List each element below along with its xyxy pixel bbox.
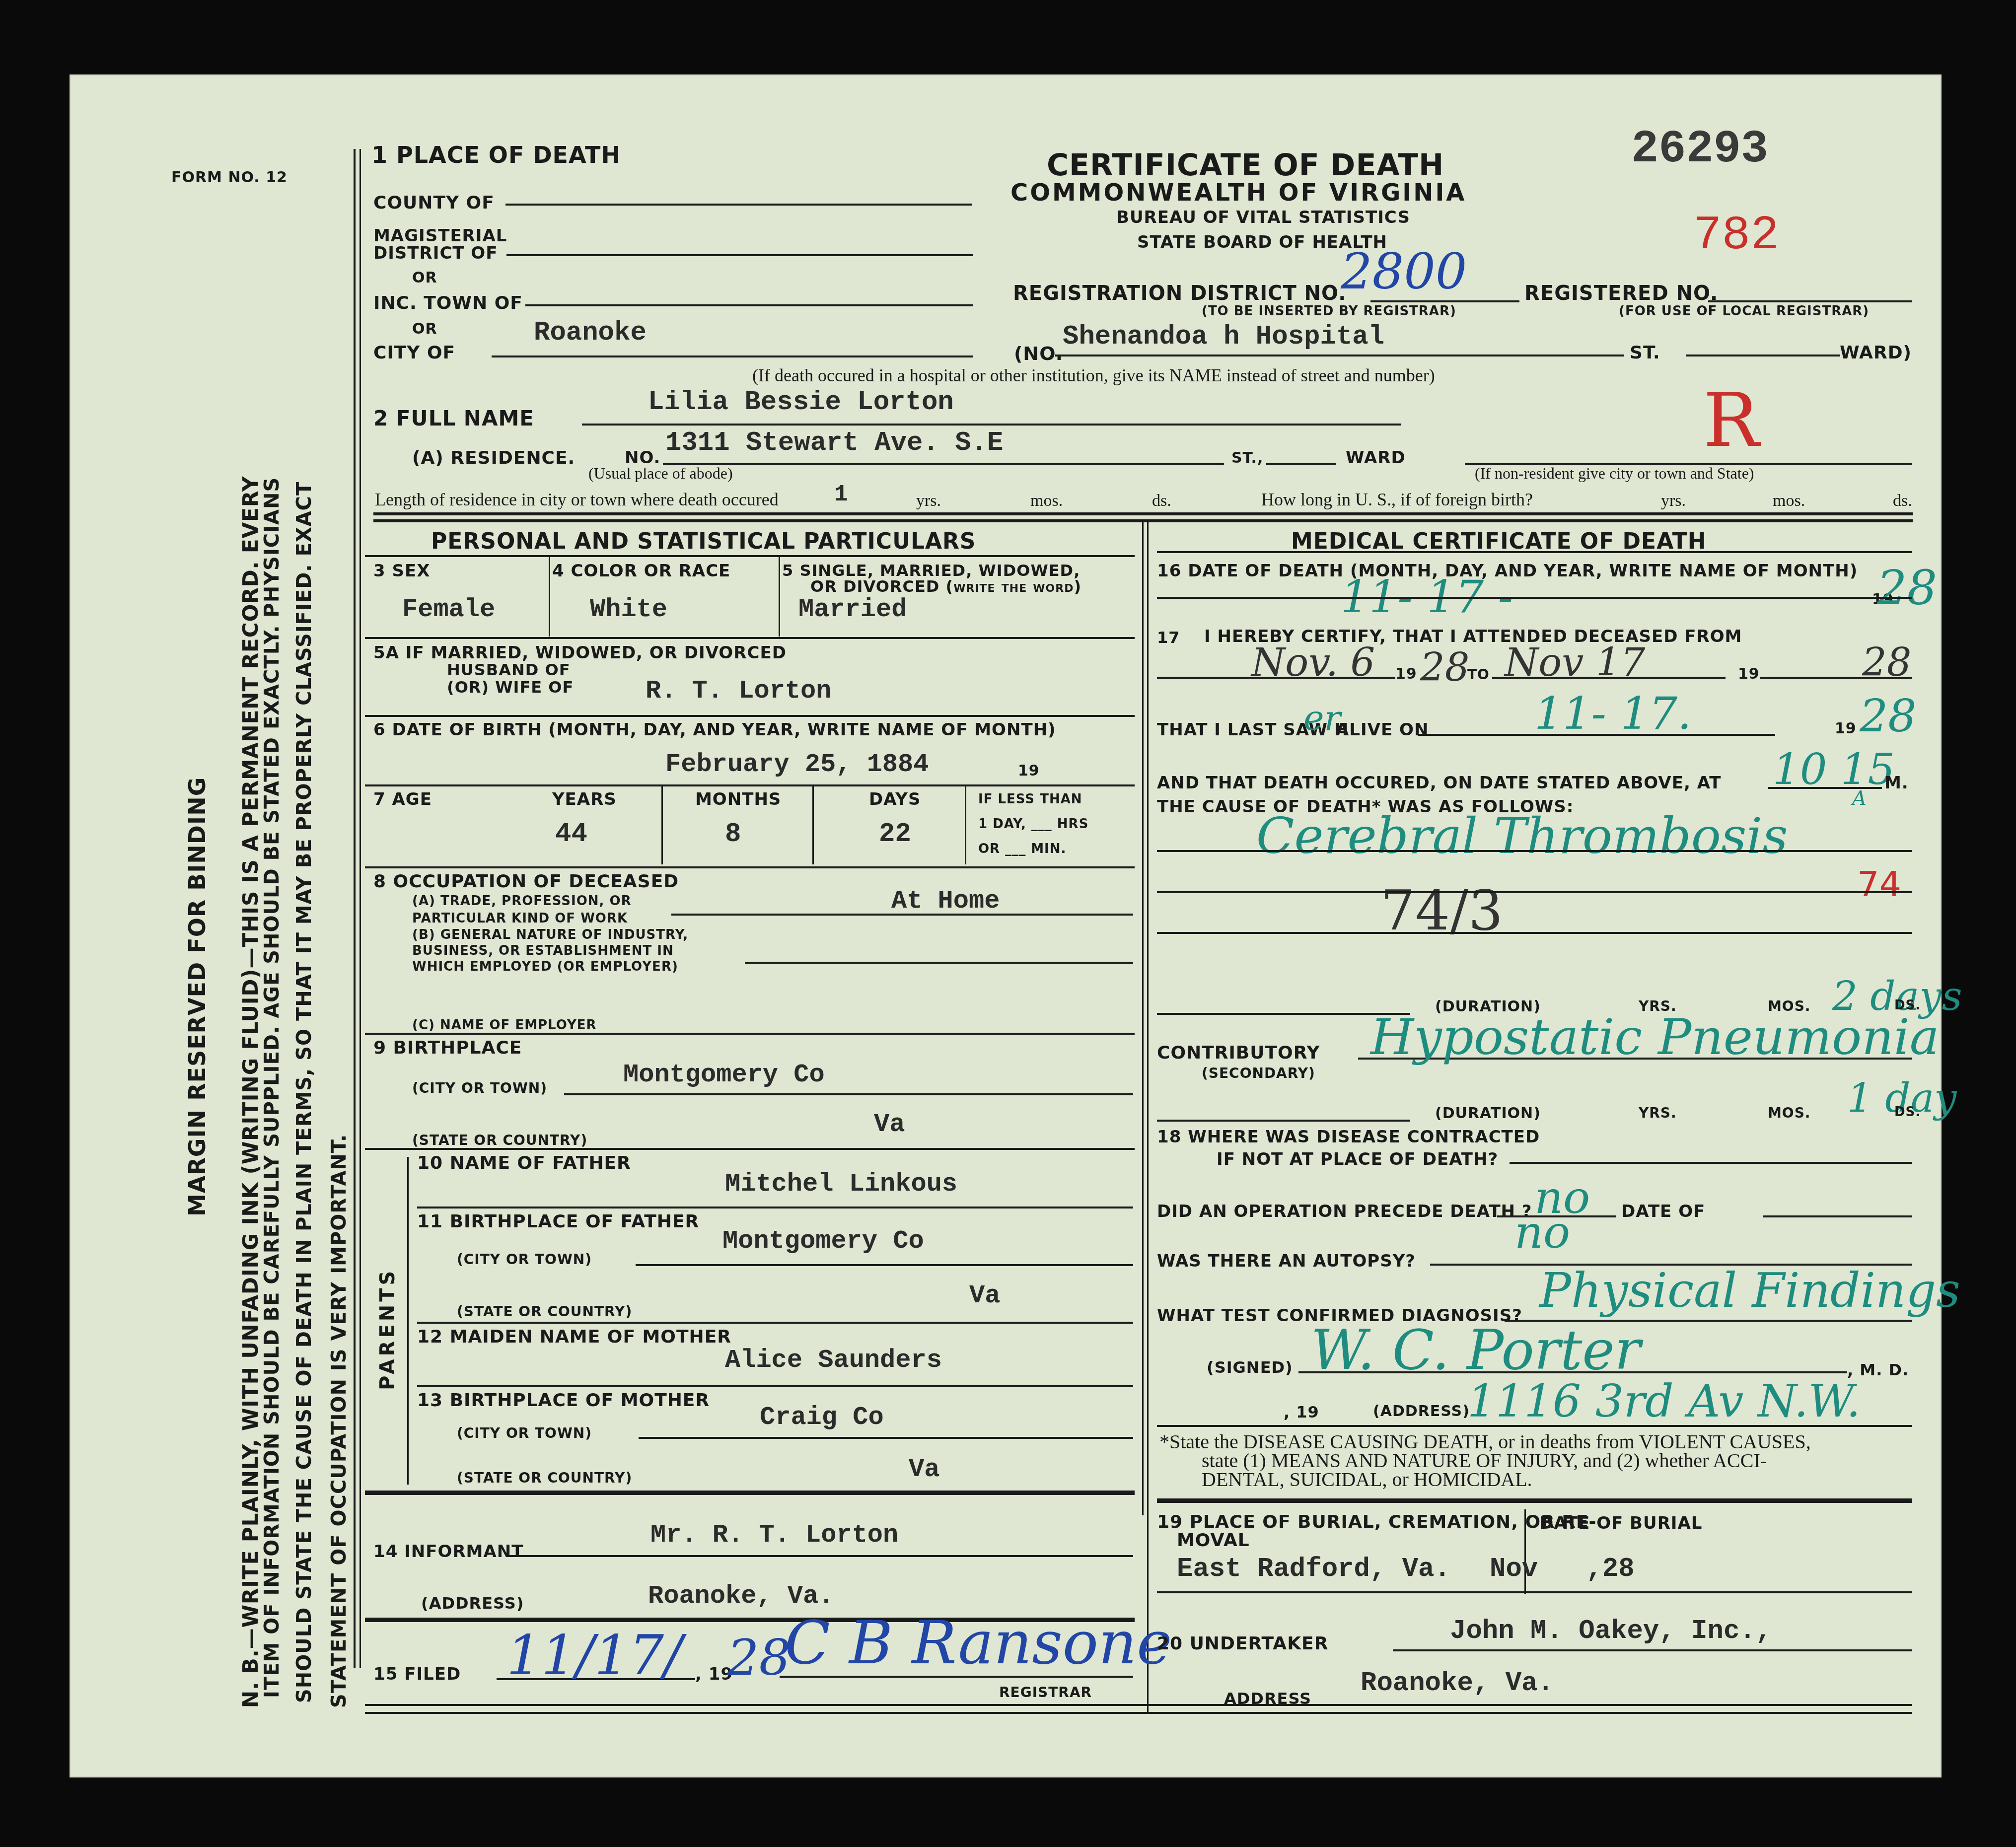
nonresident-note: (If non-resident give city or town and S… xyxy=(1475,464,1754,483)
employer-label: (C) NAME OF EMPLOYER xyxy=(412,1018,597,1033)
years-label: YEARS xyxy=(552,789,617,809)
months-label: MONTHS xyxy=(695,789,781,809)
filed-date-value[interactable]: 11/17/ xyxy=(506,1624,682,1687)
margin-instruction-line-4: STATEMENT OF OCCUPATION IS VERY IMPORTAN… xyxy=(328,1134,351,1708)
death-time-value[interactable]: 10 15 xyxy=(1773,745,1895,794)
physician-address-label: (ADDRESS) xyxy=(1373,1403,1470,1420)
certificate-title: CERTIFICATE OF DEATH xyxy=(1047,148,1444,183)
dob-suffix: 19 xyxy=(1018,762,1040,780)
attended-from-value[interactable]: Nov. 6 xyxy=(1251,640,1375,685)
full-name-value[interactable]: Lilia Bessie Lorton xyxy=(648,387,954,418)
column-divider xyxy=(1142,522,1144,1515)
contracted-label-2: IF NOT AT PLACE OF DEATH? xyxy=(1217,1149,1498,1169)
less-than-min: OR ___ MIN. xyxy=(978,842,1066,856)
filed-year-value[interactable]: 28 xyxy=(727,1629,791,1687)
occ-b-label: (B) GENERAL NATURE OF INDUSTRY, xyxy=(412,927,688,942)
margin-binding-note: MARGIN RESERVED FOR BINDING xyxy=(184,777,211,1216)
dob-label: 6 DATE OF BIRTH (MONTH, DAY, AND YEAR, W… xyxy=(373,720,1056,740)
m-label: M. xyxy=(1884,773,1909,793)
ward-label: WARD xyxy=(1346,448,1406,468)
year-prefix: 19 xyxy=(1835,720,1857,737)
spouse-value[interactable]: R. T. Lorton xyxy=(646,676,831,706)
ward-field[interactable] xyxy=(1686,355,1840,356)
dob-value[interactable]: February 25, 1884 xyxy=(665,750,929,779)
registrar-label: REGISTRAR xyxy=(999,1684,1092,1701)
magisterial-district-field[interactable] xyxy=(506,254,973,256)
red-mark: R xyxy=(1703,377,1759,464)
father-label: 10 NAME OF FATHER xyxy=(417,1153,631,1173)
occupation-value[interactable]: At Home xyxy=(891,886,1000,916)
institution-value[interactable]: Shenandoa h Hospital xyxy=(1063,322,1384,352)
race-label: 4 COLOR OR RACE xyxy=(552,561,730,581)
age-label: 7 AGE xyxy=(373,789,432,809)
filed-label: 15 FILED xyxy=(373,1664,461,1684)
father-value[interactable]: Mitchel Linkous xyxy=(725,1169,957,1199)
margin-instruction-line-1: N. B.—WRITE PLAINLY, WITH UNFADING INK (… xyxy=(238,476,263,1708)
cause-value[interactable]: Cerebral Thrombosis xyxy=(1256,807,1788,865)
city-or-town-label: (CITY OR TOWN) xyxy=(457,1425,592,1441)
institution-no-label: (NO. xyxy=(1014,343,1063,364)
physician-signature[interactable]: W. C. Porter xyxy=(1311,1318,1641,1382)
form-number: FORM NO. 12 xyxy=(171,169,288,186)
magisterial-label: MAGISTERIAL xyxy=(373,226,507,246)
death-time-ampm[interactable]: A xyxy=(1852,787,1867,810)
industry-field[interactable] xyxy=(745,962,1133,964)
last-saw-pronoun[interactable]: er xyxy=(1303,698,1341,738)
personal-heading: PERSONAL AND STATISTICAL PARTICULARS xyxy=(431,529,976,554)
margin-instruction-line-2: ITEM OF INFORMATION SHOULD BE CAREFULLY … xyxy=(261,477,284,1698)
to-label: TO xyxy=(1467,666,1490,683)
wife-of-label: (OR) WIFE OF xyxy=(447,678,574,697)
red-code: 74 xyxy=(1857,864,1901,905)
years-value[interactable]: 44 xyxy=(555,819,587,850)
margin-instruction-line-3: SHOULD STATE THE CAUSE OF DEATH IN PLAIN… xyxy=(293,482,316,1703)
us-ds-label: ds. xyxy=(1893,492,1912,510)
birthplace-label: 9 BIRTHPLACE xyxy=(373,1038,522,1058)
burial-date-label: DATE OF BURIAL xyxy=(1539,1513,1702,1533)
mos-label: MOS. xyxy=(1768,1105,1810,1121)
father-birth-city-value[interactable]: Montgomery Co xyxy=(722,1226,924,1256)
county-field[interactable] xyxy=(505,204,972,206)
operation-date-label: DATE OF xyxy=(1621,1202,1705,1221)
less-than-hrs: 1 DAY, ___ HRS xyxy=(978,817,1088,832)
operation-date-field[interactable] xyxy=(1763,1215,1912,1217)
marital-label-2: OR DIVORCED (write the word) xyxy=(810,577,1081,596)
yrs-label: YRS. xyxy=(1639,1105,1677,1121)
town-field[interactable] xyxy=(525,304,973,306)
autopsy-label: WAS THERE AN AUTOPSY? xyxy=(1157,1251,1416,1271)
city-or-town-label: (CITY OR TOWN) xyxy=(457,1251,592,1268)
state-or-country-label: (STATE OR COUNTRY) xyxy=(457,1470,632,1486)
contracted-field[interactable] xyxy=(1510,1162,1912,1164)
st-label: ST. xyxy=(1630,343,1660,363)
birthplace-state-value[interactable]: Va xyxy=(874,1110,905,1139)
registration-district-value[interactable]: 2800 xyxy=(1341,242,1467,300)
attended-from-year[interactable]: 28 xyxy=(1420,645,1469,690)
place-of-death-heading: 1 PLACE OF DEATH xyxy=(371,142,621,168)
dod-year-value[interactable]: 28 xyxy=(1877,561,1937,616)
occ-a-label-2: PARTICULAR KIND OF WORK xyxy=(412,911,628,926)
undertaker-label: 20 UNDERTAKER xyxy=(1157,1634,1328,1654)
attended-to-value[interactable]: Nov 17 xyxy=(1505,640,1645,685)
days-label: DAYS xyxy=(869,789,921,809)
secondary-label: (SECONDARY) xyxy=(1202,1065,1315,1081)
undertaker-address-value[interactable]: Roanoke, Va. xyxy=(1361,1668,1554,1699)
or-label: OR xyxy=(412,269,437,286)
mother-birthplace-label: 13 BIRTHPLACE OF MOTHER xyxy=(417,1390,710,1411)
footnote-line-3: DENTAL, SUICIDAL, or HOMICIDAL. xyxy=(1202,1468,1532,1491)
registered-no-label: REGISTERED NO. xyxy=(1524,282,1718,305)
operation-label: DID AN OPERATION PRECEDE DEATH ? xyxy=(1157,1202,1532,1221)
residence-value[interactable]: 1311 Stewart Ave. S.E xyxy=(665,428,1004,458)
death-time-label: AND THAT DEATH OCCURED, ON DATE STATED A… xyxy=(1157,773,1722,793)
employer-field[interactable] xyxy=(365,1033,1135,1035)
full-name-label: 2 FULL NAME xyxy=(373,406,534,430)
certify-number: 17 xyxy=(1157,628,1180,647)
occ-b-label-3: WHICH EMPLOYED (OR EMPLOYER) xyxy=(412,959,678,974)
sex-label: 3 SEX xyxy=(373,561,430,581)
town-label: INC. TOWN OF xyxy=(373,293,523,313)
father-birthplace-label: 11 BIRTHPLACE OF FATHER xyxy=(417,1211,699,1232)
informant-value[interactable]: Mr. R. T. Lorton xyxy=(650,1520,898,1550)
parents-side-label: PARENTS xyxy=(376,1268,399,1390)
us-mos-label: mos. xyxy=(1773,492,1805,510)
occupation-label: 8 OCCUPATION OF DECEASED xyxy=(373,871,679,892)
marital-value[interactable]: Married xyxy=(798,595,907,624)
year-prefix: 19 xyxy=(1738,665,1760,683)
registered-no-field[interactable] xyxy=(1708,300,1912,302)
file-number: 26293 xyxy=(1631,123,1768,175)
registrar-signature[interactable]: C B Ransone xyxy=(785,1609,1172,1678)
us-yrs-label: yrs. xyxy=(1661,492,1686,510)
ds-label: ds. xyxy=(1152,492,1171,510)
registered-no-note: (FOR USE OF LOCAL REGISTRAR) xyxy=(1619,304,1869,319)
autopsy-value[interactable]: no xyxy=(1514,1207,1570,1259)
months-value[interactable]: 8 xyxy=(725,819,741,850)
spouse-label: 5A IF MARRIED, WIDOWED, OR DIVORCED xyxy=(373,643,787,663)
mother-birth-state-value[interactable]: Va xyxy=(909,1455,939,1484)
residence-length-label: Length of residence in city or town wher… xyxy=(375,489,779,510)
mother-birth-city-value[interactable]: Craig Co xyxy=(760,1403,884,1432)
informant-address-label: (ADDRESS) xyxy=(421,1594,524,1613)
days-value[interactable]: 22 xyxy=(879,819,911,850)
contributory-label: CONTRIBUTORY xyxy=(1157,1043,1320,1063)
residence-label: (A) RESIDENCE. xyxy=(412,448,575,468)
father-birth-state-value[interactable]: Va xyxy=(969,1281,1000,1310)
year-prefix: 19 xyxy=(1395,665,1417,683)
mother-label: 12 MAIDEN NAME OF MOTHER xyxy=(417,1327,731,1347)
mos-label: mos. xyxy=(1030,492,1063,510)
form-left-border-inner xyxy=(360,149,361,1668)
district-label: DISTRICT OF xyxy=(373,243,498,263)
burial-label-2: MOVAL xyxy=(1177,1530,1250,1551)
test-value[interactable]: Physical Findings xyxy=(1539,1264,1960,1318)
registration-district-label: REGISTRATION DISTRICT NO. xyxy=(1013,282,1346,305)
medical-heading: MEDICAL CERTIFICATE OF DEATH xyxy=(1291,529,1707,554)
or-label: OR xyxy=(412,320,437,338)
occ-a-label: (A) TRADE, PROFESSION, OR xyxy=(412,894,632,909)
residence-length-years[interactable]: 1 xyxy=(834,482,848,507)
sex-value[interactable]: Female xyxy=(402,595,495,624)
less-than-label: IF LESS THAN xyxy=(978,792,1082,807)
institution-note: (If death occured in a hospital or other… xyxy=(752,365,1435,386)
st-label: ST., xyxy=(1231,449,1263,467)
duration-label: (DURATION) xyxy=(1435,1105,1541,1122)
signed-label: (SIGNED) xyxy=(1207,1358,1293,1377)
ds-label: DS. xyxy=(1894,1105,1921,1120)
contracted-label: 18 WHERE WAS DISEASE CONTRACTED xyxy=(1157,1127,1540,1147)
physician-address-value[interactable]: 1116 3rd Av N.W. xyxy=(1467,1375,1861,1427)
ward-label: WARD) xyxy=(1840,343,1912,363)
registration-district-note: (TO BE INSERTED BY REGISTRAR) xyxy=(1202,304,1456,319)
county-label: COUNTY OF xyxy=(373,193,495,213)
yrs-label: yrs. xyxy=(916,492,941,510)
husband-of-label: HUSBAND OF xyxy=(447,660,571,679)
burial-date-value[interactable]: Nov ,28 xyxy=(1490,1554,1635,1584)
mother-value[interactable]: Alice Saunders xyxy=(725,1346,942,1375)
undertaker-address-label: ADDRESS xyxy=(1224,1689,1311,1708)
bureau-title: BUREAU OF VITAL STATISTICS xyxy=(1116,208,1410,227)
form-left-border xyxy=(354,149,356,1668)
last-saw-value[interactable]: 11- 17. xyxy=(1534,688,1692,740)
abode-note: (Usual place of abode) xyxy=(588,464,733,483)
city-label: CITY OF xyxy=(373,343,455,363)
commonwealth-title: COMMONWEALTH OF VIRGINIA xyxy=(1010,179,1466,207)
state-or-country-label: (STATE OR COUNTRY) xyxy=(457,1303,632,1320)
alive-on-label: ALIVE ON xyxy=(1336,720,1429,740)
city-value[interactable]: Roanoke xyxy=(534,318,647,348)
us-residence-label: How long in U. S., if of foreign birth? xyxy=(1261,489,1533,510)
last-saw-year[interactable]: 28 xyxy=(1860,690,1917,742)
city-or-town-label: (CITY OR TOWN) xyxy=(412,1080,547,1096)
state-or-country-label: (STATE OR COUNTRY) xyxy=(412,1132,587,1148)
informant-address-value[interactable]: Roanoke, Va. xyxy=(648,1581,834,1611)
red-stamp-number: 782 xyxy=(1693,209,1779,263)
occ-b-label-2: BUSINESS, OR ESTABLISHMENT IN xyxy=(412,943,674,958)
contributory-value[interactable]: Hypostatic Pneumonia xyxy=(1370,1008,1939,1066)
informant-label: 14 INFORMANT xyxy=(373,1542,523,1562)
burial-label: 19 PLACE OF BURIAL, CREMATION, OR RE- xyxy=(1157,1512,1597,1532)
burial-place-value[interactable]: East Radford, Va. xyxy=(1177,1554,1450,1584)
undertaker-value[interactable]: John M. Oakey, Inc., xyxy=(1450,1616,1772,1646)
birthplace-city-value[interactable]: Montgomery Co xyxy=(623,1060,825,1089)
race-value[interactable]: White xyxy=(590,595,667,624)
signature-date-prefix: , 19 xyxy=(1284,1403,1319,1421)
